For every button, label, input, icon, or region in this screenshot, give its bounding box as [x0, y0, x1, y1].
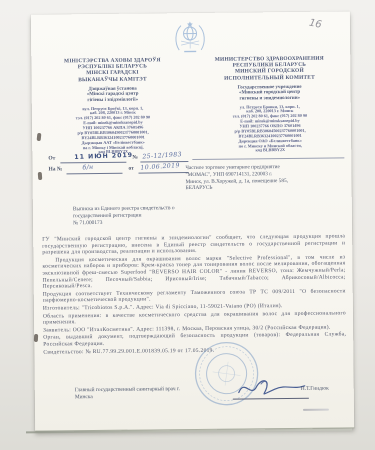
incoming-date-fill-line: [138, 172, 188, 174]
header-column-russian: МИНИСТЕРСТВО ЗДРАВООХРАНЕНИЯ РЕСПУБЛИКИ …: [194, 55, 345, 154]
incoming-date-stamp: 11 ИЮН 2019: [74, 152, 133, 161]
signature-title: Главный государственный санитарный врач …: [75, 386, 215, 401]
from-label: От: [48, 155, 55, 161]
signature-name: Н.Т.Гиндюк: [301, 386, 329, 392]
organization-address-ru: ул. Петруся Бровки, 13, корп. 1, каб. 20…: [195, 104, 346, 154]
organization-name-by: Дзяржаўная ўстанова «Мінскі гарадскі цэн…: [38, 86, 188, 104]
binder-mark: [38, 172, 43, 180]
executor-note-illegible: [303, 409, 329, 411]
incoming-of-label: от: [128, 166, 133, 172]
letter-body: ГУ "Минский городской центр гигиены и эп…: [42, 233, 346, 356]
binder-mark: [34, 334, 38, 342]
document-paper: 16 МІНІСТЭРСТВА АХОВЫ ЗДАРОЎЯ РЭСПУБЛІКІ…: [31, 11, 354, 431]
pencil-page-number: 16: [308, 18, 323, 31]
incoming-number-fill-line: [66, 173, 122, 175]
star-icon: [187, 21, 193, 27]
body-paragraph-intro: ГУ "Минский городской центр гигиены и эп…: [42, 233, 345, 256]
incoming-reference-row: На № б/н от 10.06.2019: [48, 162, 190, 174]
reference-block: От 11 ИЮН 2019 № 25-12/1983 На № б/н от …: [48, 151, 190, 174]
incoming-date-handwritten: 10.06.2019: [140, 162, 180, 171]
scanned-document: 16 МІНІСТЭРСТВА АХОВЫ ЗДАРОЎЯ РЭСПУБЛІКІ…: [0, 0, 375, 450]
signature-scribble: [235, 376, 309, 401]
incoming-number-handwritten: б/н: [82, 164, 94, 172]
organization-name-ru: Государственное учреждение «Минский горо…: [195, 84, 345, 102]
subject-block: Выписка из Единого реестра свидетельств …: [73, 205, 223, 227]
header-column-belarusian: МІНІСТЭРСТВА АХОВЫ ЗДАРОЎЯ РЭСПУБЛІКІ БЕ…: [37, 57, 188, 156]
organization-address-by: вул. Петруся Броўкі, 13, корп. 1, каб. 2…: [38, 106, 189, 156]
coat-of-arms-emblem: [172, 20, 208, 56]
number-label: №: [132, 155, 138, 161]
recipient-separator-line: [192, 157, 344, 160]
recipient-address-block: Частное торговое унитарное предприятие "…: [185, 163, 347, 192]
body-paragraph-product: Продукция косметическая для окрашивания …: [42, 254, 345, 290]
ministry-name-by: МІНІСТЭРСТВА АХОВЫ ЗДАРОЎЯ РЭСПУБЛІКІ БЕ…: [37, 57, 187, 83]
incoming-label: На №: [48, 166, 62, 172]
ministry-name-ru: МИНИСТЕРСТВО ЗДРАВООХРАНЕНИЯ РЕСПУБЛИКИ …: [194, 55, 344, 81]
outgoing-number-handwritten: 25-12/1983: [142, 151, 182, 160]
